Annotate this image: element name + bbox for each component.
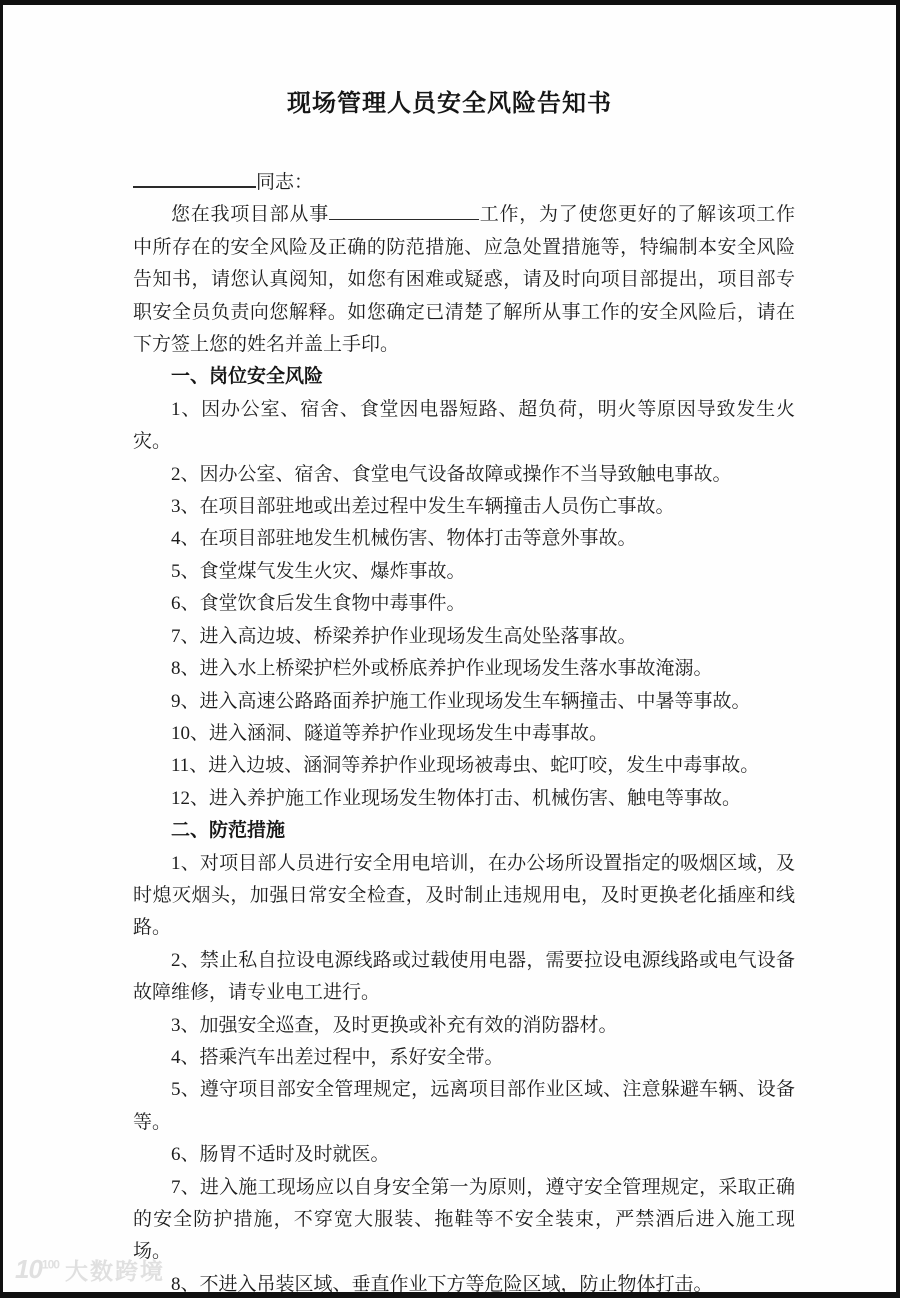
intro-paragraph: 您在我项目部从事工作，为了使您更好的了解该项工作中所存在的安全风险及正确的防范措… [133, 199, 795, 361]
measure-item-1: 1、对项目部人员进行安全用电培训，在办公场所设置指定的吸烟区域，及时熄灭烟头，加… [133, 848, 795, 945]
risk-item-6: 6、食堂饮食后发生食物中毒事件。 [133, 588, 795, 620]
risk-item-2: 2、因办公室、宿舍、食堂电气设备故障或操作不当导致触电事故。 [133, 459, 795, 491]
risk-item-11: 11、进入边坡、涵洞等养护作业现场被毒虫、蛇叮咬，发生中毒事故。 [133, 750, 795, 782]
section-1-heading: 一、岗位安全风险 [133, 361, 795, 393]
watermark: 10100 大数跨境 [15, 1253, 165, 1286]
document-page: 现场管理人员安全风险告知书 同志： 您在我项目部从事工作，为了使您更好的了解该项… [0, 0, 900, 1298]
risk-item-12: 12、进入养护施工作业现场发生物体打击、机械伤害、触电等事故。 [133, 783, 795, 815]
measure-item-2: 2、禁止私自拉设电源线路或过载使用电器，需要拉设电源线路或电气设备故障维修，请专… [133, 945, 795, 1010]
watermark-text: 大数跨境 [65, 1253, 165, 1286]
risk-item-5: 5、食堂煤气发生火灾、爆炸事故。 [133, 556, 795, 588]
salutation-line: 同志： [133, 167, 795, 199]
document-title: 现场管理人员安全风险告知书 [3, 88, 896, 120]
measure-item-5: 5、遵守项目部安全管理规定，远离项目部作业区域、注意躲避车辆、设备等。 [133, 1074, 795, 1139]
risk-item-1: 1、因办公室、宿舍、食堂因电器短路、超负荷，明火等原因导致发生火灾。 [133, 394, 795, 459]
intro-text-after-blank: 工作，为了使您更好的了解该项工作中所存在的安全风险及正确的防范措施、应急处置措施… [133, 204, 795, 355]
measure-item-4: 4、搭乘汽车出差过程中，系好安全带。 [133, 1042, 795, 1074]
risk-item-3: 3、在项目部驻地或出差过程中发生车辆撞击人员伤亡事故。 [133, 491, 795, 523]
measure-item-3: 3、加强安全巡查，及时更换或补充有效的消防器材。 [133, 1010, 795, 1042]
risk-item-8: 8、进入水上桥梁护栏外或桥底养护作业现场发生落水事故淹溺。 [133, 653, 795, 685]
risk-item-7: 7、进入高边坡、桥梁养护作业现场发生高处坠落事故。 [133, 621, 795, 653]
risk-item-9: 9、进入高速公路路面养护施工作业现场发生车辆撞击、中暑等事故。 [133, 686, 795, 718]
measure-item-8: 8、不进入吊装区域、垂直作业下方等危险区域，防止物体打击。 [133, 1269, 795, 1298]
name-blank-underline [133, 167, 256, 188]
salutation-label: 同志： [256, 172, 313, 193]
watermark-logo-icon: 10100 [15, 1254, 59, 1285]
intro-text-before-blank: 您在我项目部从事 [171, 204, 329, 225]
document-body: 同志： 您在我项目部从事工作，为了使您更好的了解该项工作中所存在的安全风险及正确… [3, 120, 896, 1298]
measure-item-7: 7、进入施工现场应以自身安全第一为原则，遵守安全管理规定，采取正确的安全防护措施… [133, 1172, 795, 1269]
risk-item-10: 10、进入涵洞、隧道等养护作业现场发生中毒事故。 [133, 718, 795, 750]
measure-item-6: 6、肠胃不适时及时就医。 [133, 1139, 795, 1171]
risk-item-4: 4、在项目部驻地发生机械伤害、物体打击等意外事故。 [133, 523, 795, 555]
job-blank-underline [329, 200, 479, 220]
section-2-heading: 二、防范措施 [133, 815, 795, 847]
